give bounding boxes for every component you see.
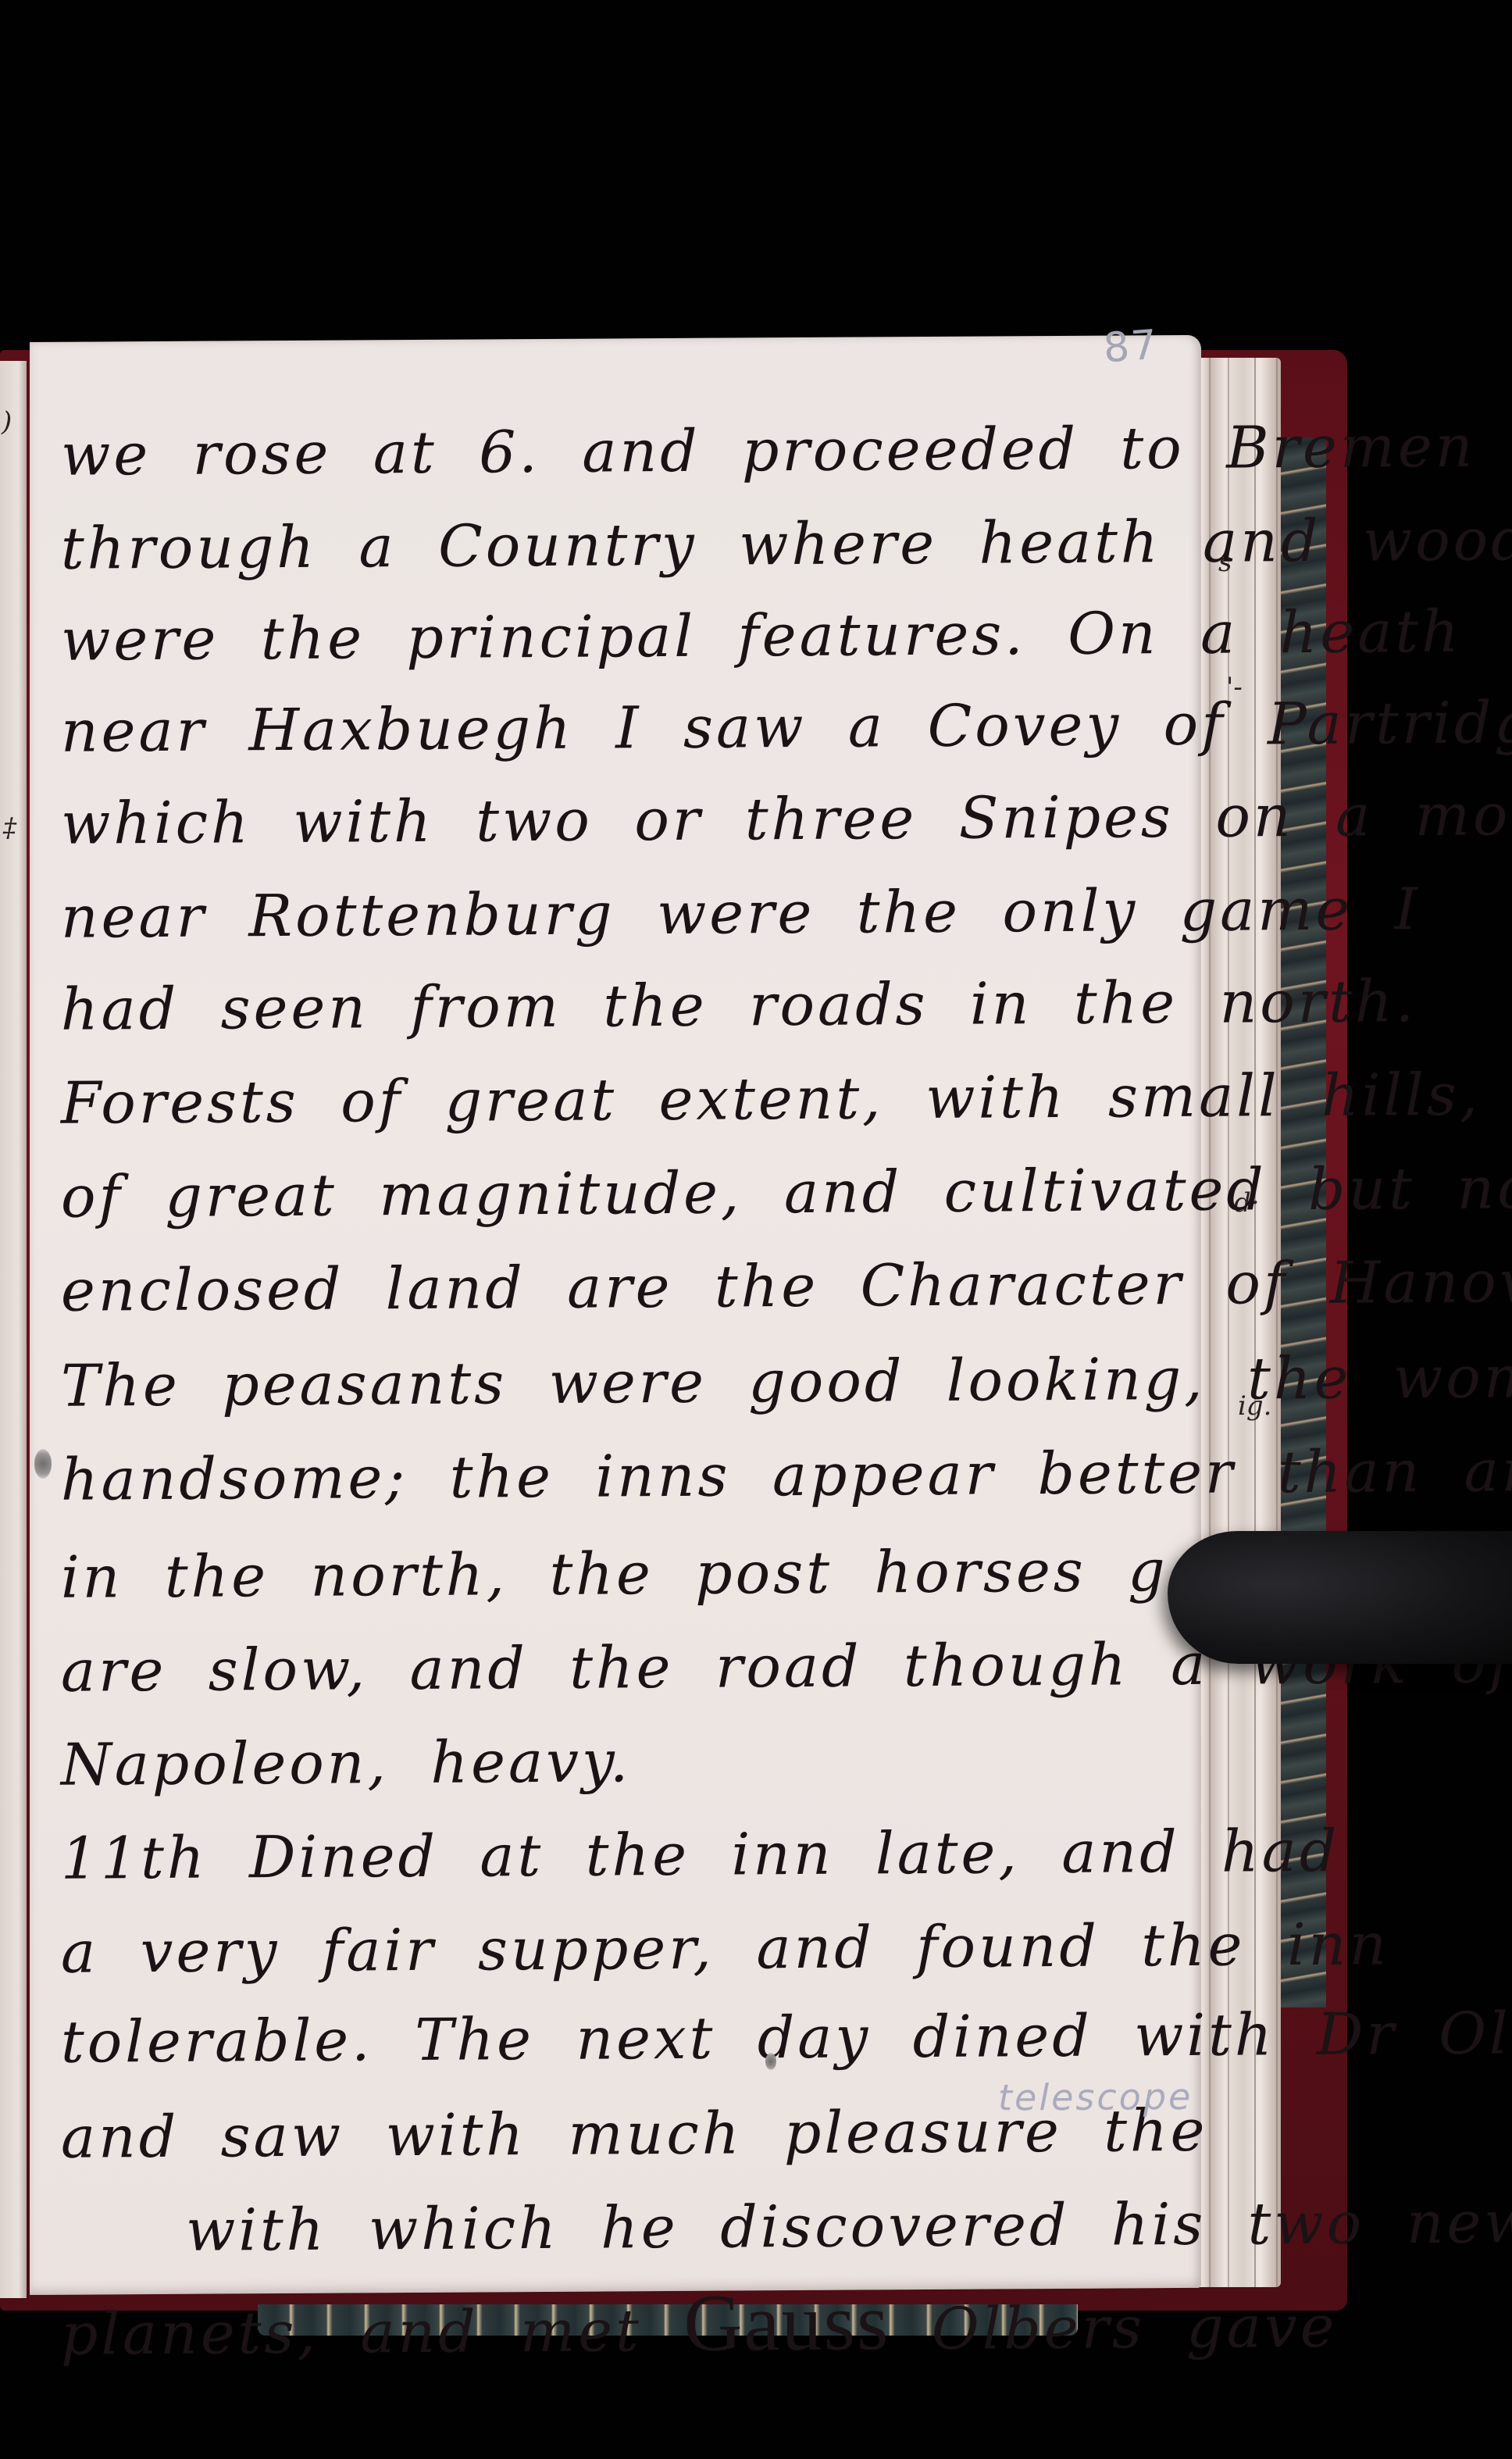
ink-blot <box>34 1449 52 1479</box>
final-line-start: planets, and met <box>61 2297 642 2368</box>
facing-page-sliver <box>0 361 27 2298</box>
text-line: near Rottenburg were the only game I <box>61 880 1421 947</box>
text-line: The peasants were good looking, the wome… <box>61 1348 1512 1415</box>
text-line: of great magnitude, and cultivated but n… <box>61 1159 1512 1226</box>
facing-page-ink-mark: ‡ <box>3 812 16 844</box>
text-line: near Haxbuegh I saw a Covey of Partridge… <box>61 694 1512 761</box>
text-line: a very fair supper, and found the inn <box>61 1915 1389 1981</box>
text-line: enclosed land are the Character of Hanov… <box>61 1253 1512 1320</box>
text-line: we rose at 6. and proceeded to Bremen <box>61 418 1475 484</box>
text-line: were the principal features. On a heath <box>61 603 1462 669</box>
text-line: which with two or three Snipes on a moor <box>61 786 1512 853</box>
text-line: through a Country where heath and wood <box>61 511 1512 578</box>
text-line: Napoleon, heavy. <box>61 1733 631 1793</box>
manuscript-page: we rose at 6. and proceeded to Bremen th… <box>30 335 1201 2295</box>
text-line: tolerable. The next day dined with Dr Ol… <box>61 2004 1512 2071</box>
text-line: handsome; the inns appear better than an… <box>61 1442 1512 1509</box>
text-line: Forests of great extent, with small hill… <box>61 1065 1512 1133</box>
name-gauss: Gauss <box>683 2277 890 2368</box>
facing-page-ink-mark: ) <box>2 406 12 437</box>
text-line: with which he discovered his two new <box>186 2193 1512 2260</box>
pencil-insertion: telescope <box>998 2075 1193 2119</box>
final-line-tail: Olbers gave <box>932 2293 1337 2363</box>
text-line: had seen from the roads in the north. <box>61 973 1417 1039</box>
ink-blot <box>765 2053 776 2070</box>
text-line-final: planets, and met Gauss Olbers gave <box>61 2279 1338 2368</box>
text-line: 11th Dined at the inn late, and had <box>61 1822 1339 1888</box>
gloved-finger <box>1168 1531 1512 1664</box>
page-number: 87 <box>1102 322 1160 373</box>
